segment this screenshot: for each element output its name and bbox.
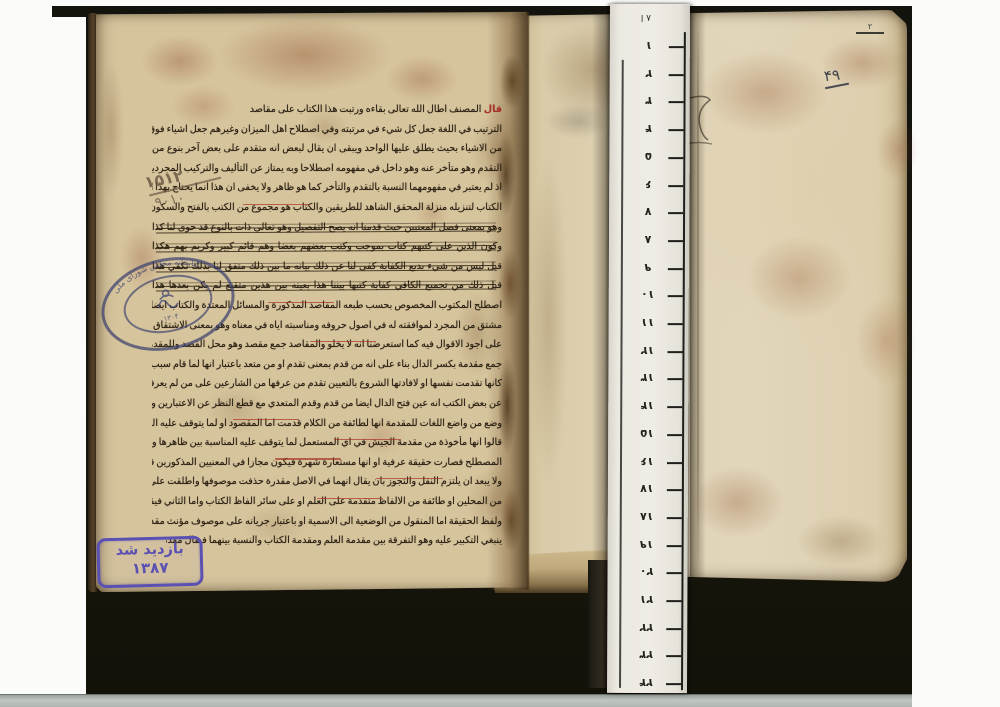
ruler-tick bbox=[669, 101, 684, 103]
strip-top-marks: ۸ ا bbox=[626, 12, 666, 22]
folio-mark: ۲ bbox=[856, 22, 884, 34]
visit-stamp-year: ۱۳۸۷ bbox=[100, 558, 200, 580]
ruler-number: ۹ bbox=[631, 261, 665, 274]
ruler-tick bbox=[667, 406, 682, 408]
manuscript-line: الترتيب في اللغة جعل كل شيء في مرتبته وف… bbox=[152, 123, 502, 138]
ruler-tick bbox=[667, 572, 682, 574]
manuscript-line: وضع من واضع اللغات للمقدمة انها لطائفة م… bbox=[152, 417, 502, 432]
red-keyword: قال bbox=[481, 104, 502, 115]
manuscript-line: ولا يبعد ان يلتزم النقل والتجوز بان يقال… bbox=[152, 475, 502, 490]
ruler-number: ۸ bbox=[631, 233, 665, 246]
ruler-number: ۲۳ bbox=[629, 648, 663, 661]
right-page-number: ۴۹ bbox=[823, 65, 849, 88]
ruler-number: ۱۱ bbox=[631, 316, 665, 329]
ruler-tick bbox=[666, 628, 681, 630]
manuscript-line: قال المصنف اطال الله تعالى بقاءه ورتبت ه… bbox=[250, 103, 502, 118]
ruler-number: ۵ bbox=[631, 150, 665, 163]
ruler-tick bbox=[669, 46, 684, 48]
stamp-lion-sun-emblem bbox=[155, 288, 179, 310]
ruler-tick bbox=[668, 157, 683, 159]
ruler-tick bbox=[667, 517, 682, 519]
strip-hand-drawn-line bbox=[619, 60, 624, 688]
ruler-tick bbox=[666, 655, 681, 657]
ruler-tick bbox=[667, 351, 682, 353]
ruler-tick bbox=[667, 489, 682, 491]
ruler-tick bbox=[668, 185, 683, 187]
right-blank-page bbox=[518, 10, 907, 582]
ruler-tick bbox=[668, 129, 683, 131]
manuscript-line: المصطلح فصارت حقيقة عرفية او انها مستعار… bbox=[152, 456, 502, 471]
ruler-number: ۲۰ bbox=[629, 565, 663, 578]
ruler-number: ۱۰ bbox=[631, 288, 665, 301]
manuscript-line: كانها تقدمت نفسها او لافادتها الشروع بال… bbox=[152, 377, 502, 392]
ruler-tick bbox=[667, 434, 682, 436]
ruler-tick bbox=[668, 212, 683, 214]
manuscript-line: عن بعض الكتب انه عين فتح الدال ايضا من ق… bbox=[152, 397, 502, 412]
ruler-tick bbox=[666, 600, 681, 602]
ruler-number: ۱۳ bbox=[630, 371, 664, 384]
ruler-number: ۱۵ bbox=[630, 427, 664, 440]
ruler-number: ۱۷ bbox=[630, 482, 664, 495]
ruler-tick bbox=[666, 683, 681, 685]
ruler-number: ۱۶ bbox=[630, 454, 664, 467]
ruler-tick bbox=[668, 240, 683, 242]
folio-mark-line bbox=[856, 32, 884, 34]
ruler-number: ۲۴ bbox=[629, 676, 663, 689]
photo-backdrop-top bbox=[52, 6, 92, 17]
ruler-tick bbox=[669, 74, 684, 76]
manuscript-line: جمع مقدمة بكسر الدال بناء على انه من قدم… bbox=[152, 358, 502, 373]
ruler-number: ۱۸ bbox=[630, 510, 664, 523]
ruler-tick bbox=[668, 323, 683, 325]
manuscript-scan-photo: قال المصنف اطال الله تعالى بقاءه ورتبت ه… bbox=[0, 0, 1000, 707]
ruler-number: ۳ bbox=[632, 94, 666, 107]
measuring-strip: ۸ ا ۱۲۳۴۵۶۷۸۹۱۰۱۱۱۲۱۳۱۴۱۵۱۶۱۷۱۸۱۹۲۰۲۱۲۲۲… bbox=[607, 4, 690, 693]
manuscript-line: من المحلين او طائفة من الالفاظ متقدمة عل… bbox=[152, 495, 502, 510]
ruler-number: ۱ bbox=[632, 39, 666, 52]
manuscript-line: قالوا انها مأخوذة من مقدمة الجيش في اي ا… bbox=[152, 436, 502, 451]
ruler-tick bbox=[668, 268, 683, 270]
ruler-tick bbox=[668, 295, 683, 297]
ruler-number: ۴ bbox=[631, 122, 665, 135]
right-page-number-value: ۴۹ bbox=[823, 66, 841, 86]
ruler-tick bbox=[667, 545, 682, 547]
visit-stamp: بازدید شد ۱۳۸۷ bbox=[96, 536, 203, 589]
scan-tray-edge bbox=[0, 694, 912, 707]
ruler-number: ۱۹ bbox=[630, 538, 664, 551]
ruler-tick bbox=[667, 462, 682, 464]
manuscript-line: ولفظ الحقيقة اما المنقول من الوضعية الى … bbox=[152, 515, 502, 530]
ruler-number: ۱۲ bbox=[630, 344, 664, 357]
ruler-number: ۷ bbox=[631, 205, 665, 218]
ruler-number: ۲۲ bbox=[629, 621, 663, 634]
ruler-number: ۱۴ bbox=[630, 399, 664, 412]
folio-mark-glyph: ۲ bbox=[856, 22, 884, 31]
manuscript-line: من الاشياء بحيث يطلق عليها الواحد ويبقى … bbox=[152, 142, 502, 157]
ruler-tick bbox=[667, 378, 682, 380]
ruler-number: ۲ bbox=[632, 67, 666, 80]
stamp-date: ۱۳۰۴ bbox=[163, 312, 180, 323]
ruler-number: ۲۱ bbox=[629, 593, 663, 606]
ruler-number: ۶ bbox=[631, 177, 665, 190]
manuscript-line: ينبغي التكبير عليه وهو التفرقة بين مقدمة… bbox=[166, 534, 502, 549]
gutter-shadow-right bbox=[690, 10, 706, 582]
